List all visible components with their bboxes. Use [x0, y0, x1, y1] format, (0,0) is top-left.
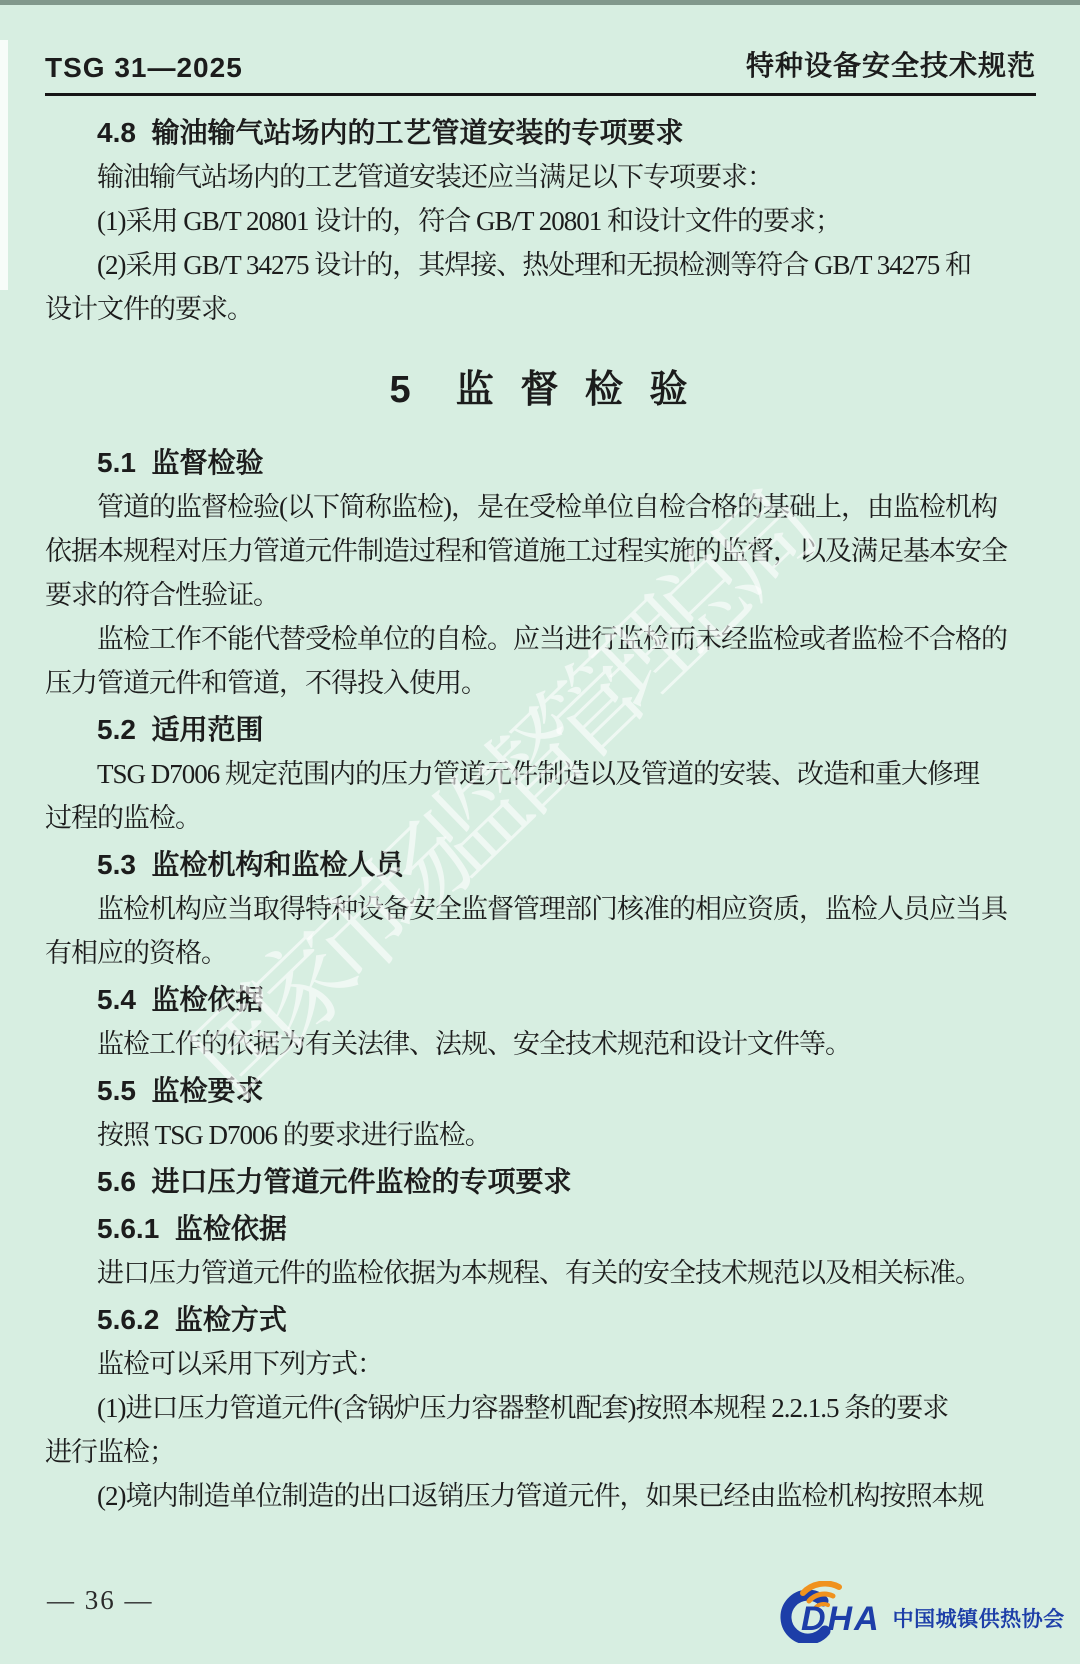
- body-line: (2)境内制造单位制造的出口返销压力管道元件，如果已经由监检机构按照本规: [45, 1474, 1040, 1518]
- body-line: 压力管道元件和管道，不得投入使用。: [45, 661, 1040, 705]
- header-doc-code: TSG 31—2025: [45, 52, 243, 84]
- header-doc-title: 特种设备安全技术规范: [746, 44, 1036, 84]
- body-line: 管道的监督检验(以下简称监检)，是在受检单位自检合格的基础上，由监检机构: [45, 485, 1040, 529]
- body-line: 要求的符合性验证。: [45, 573, 1040, 617]
- body-line: 监检工作的依据为有关法律、法规、安全技术规范和设计文件等。: [45, 1022, 1040, 1066]
- heading-5-3: 5.3 监检机构和监检人员: [45, 843, 1040, 887]
- body-line: 按照 TSG D7006 的要求进行监检。: [45, 1113, 1040, 1157]
- logo-acronym: DHA: [801, 1586, 881, 1639]
- document-page: TSG 31—2025 特种设备安全技术规范 4.8 输油输气站场内的工艺管道安…: [0, 0, 1080, 1664]
- body-line: (1)采用 GB/T 20801 设计的，符合 GB/T 20801 和设计文件…: [45, 199, 1040, 243]
- body-line: 监检可以采用下列方式：: [45, 1342, 1040, 1386]
- chapter-5-title: 5 监 督 检 验: [45, 349, 1040, 431]
- heading-5-6: 5.6 进口压力管道元件监检的专项要求: [45, 1160, 1040, 1204]
- body-line: (2)采用 GB/T 34275 设计的，其焊接、热处理和无损检测等符合 GB/…: [45, 243, 1040, 287]
- body-line: 过程的监检。: [45, 796, 1040, 840]
- body-line: 有相应的资格。: [45, 931, 1040, 975]
- page-top-edge: [0, 0, 1080, 5]
- heading-5-1: 5.1 监督检验: [45, 441, 1040, 485]
- body-line: 进口压力管道元件的监检依据为本规程、有关的安全技术规范以及相关标准。: [45, 1251, 1040, 1295]
- scan-edge-artifact: [0, 40, 8, 290]
- logo-association-name: 中国城镇供热协会: [893, 1591, 1065, 1633]
- body-line: 设计文件的要求。: [45, 287, 1040, 331]
- body-line: 进行监检；: [45, 1430, 1040, 1474]
- body-line: 监检机构应当取得特种设备安全监督管理部门核准的相应资质，监检人员应当具: [45, 887, 1040, 931]
- heading-5-5: 5.5 监检要求: [45, 1069, 1040, 1113]
- heading-5-2: 5.2 适用范围: [45, 708, 1040, 752]
- page-number: — 36 —: [47, 1585, 154, 1616]
- document-body: 4.8 输油输气站场内的工艺管道安装的专项要求 输油输气站场内的工艺管道安装还应…: [45, 108, 1040, 1518]
- body-line: 输油输气站场内的工艺管道安装还应当满足以下专项要求：: [45, 155, 1040, 199]
- body-line: 监检工作不能代替受检单位的自检。应当进行监检而未经监检或者监检不合格的: [45, 617, 1040, 661]
- heading-4-8: 4.8 输油输气站场内的工艺管道安装的专项要求: [45, 111, 1040, 155]
- page-header: TSG 31—2025 特种设备安全技术规范: [45, 34, 1036, 96]
- body-line: (1)进口压力管道元件(含锅炉压力容器整机配套)按照本规程 2.2.1.5 条的…: [45, 1386, 1040, 1430]
- heading-5-6-1: 5.6.1 监检依据: [45, 1207, 1040, 1251]
- heading-5-6-2: 5.6.2 监检方式: [45, 1298, 1040, 1342]
- heading-5-4: 5.4 监检依据: [45, 978, 1040, 1022]
- body-line: TSG D7006 规定范围内的压力管道元件制造以及管道的安装、改造和重大修理: [45, 752, 1040, 796]
- body-line: 依据本规程对压力管道元件制造过程和管道施工过程实施的监督，以及满足基本安全: [45, 529, 1040, 573]
- association-logo: DHA 中国城镇供热协会: [775, 1580, 1065, 1644]
